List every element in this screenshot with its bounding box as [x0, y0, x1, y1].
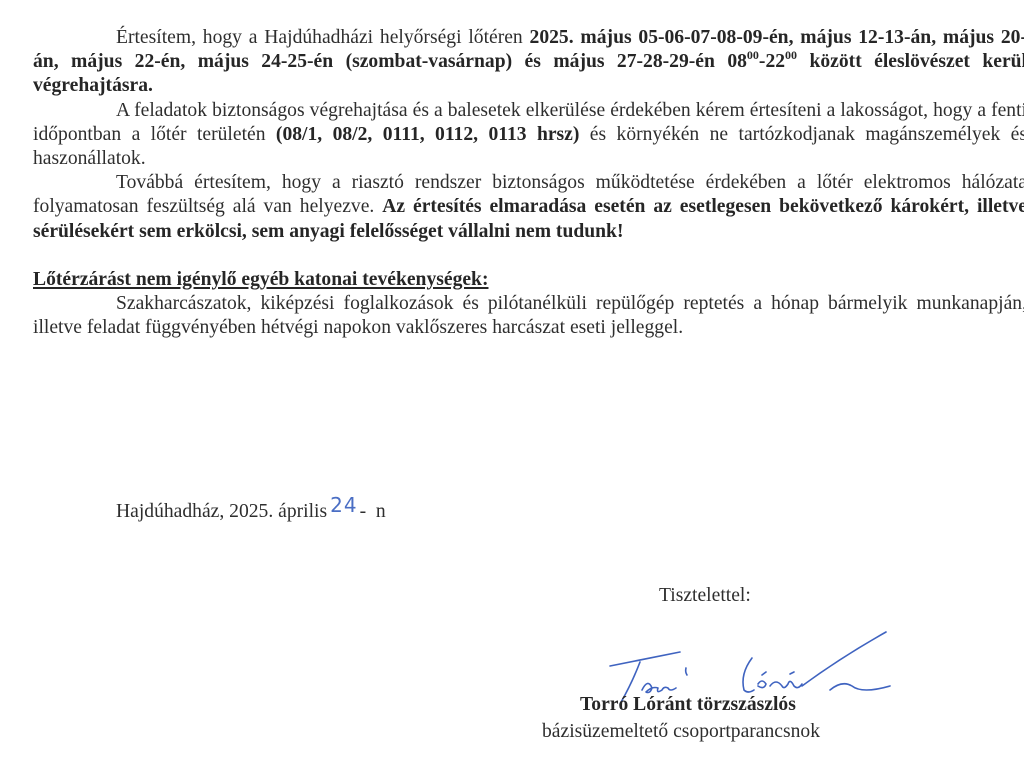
paragraph-notice: Értesítem, hogy a Hajdúhadházi helyőrség… — [33, 26, 1024, 99]
paragraph-safety: A feladatok biztonságos végrehajtása és … — [33, 99, 1024, 172]
signer-name: Torró Lóránt törzszászlós — [580, 693, 796, 717]
closing-salutation: Tisztelettel: — [659, 584, 751, 608]
date-suffix-dash: - — [360, 501, 367, 522]
time-dash: -22 — [759, 51, 785, 72]
signer-title: bázisüzemeltető csoportparancsnok — [542, 720, 820, 744]
handwritten-day: 24 — [330, 493, 357, 517]
dateline: Hajdúhadház, 2025. április24- n — [116, 498, 386, 524]
document-body: Értesítem, hogy a Hajdúhadházi helyőrség… — [33, 26, 1024, 340]
paragraph-electrical-warning: Továbbá értesítem, hogy a riasztó rendsz… — [33, 171, 1024, 244]
place-date: Hajdúhadház, 2025. április — [116, 501, 327, 522]
date-suffix-n: n — [376, 501, 386, 522]
notice-intro: Értesítem, hogy a Hajdúhadházi helyőrség… — [116, 27, 530, 48]
time-start-minutes: 00 — [747, 48, 759, 62]
paragraph-other-activities: Szakharcászatok, kiképzési foglalkozások… — [33, 292, 1024, 340]
parcel-numbers: (08/1, 08/2, 0111, 0112, 0113 hrsz) — [276, 124, 579, 145]
time-end-minutes: 00 — [785, 48, 797, 62]
section-heading: Lőtérzárást nem igénylő egyéb katonai te… — [33, 268, 1024, 292]
